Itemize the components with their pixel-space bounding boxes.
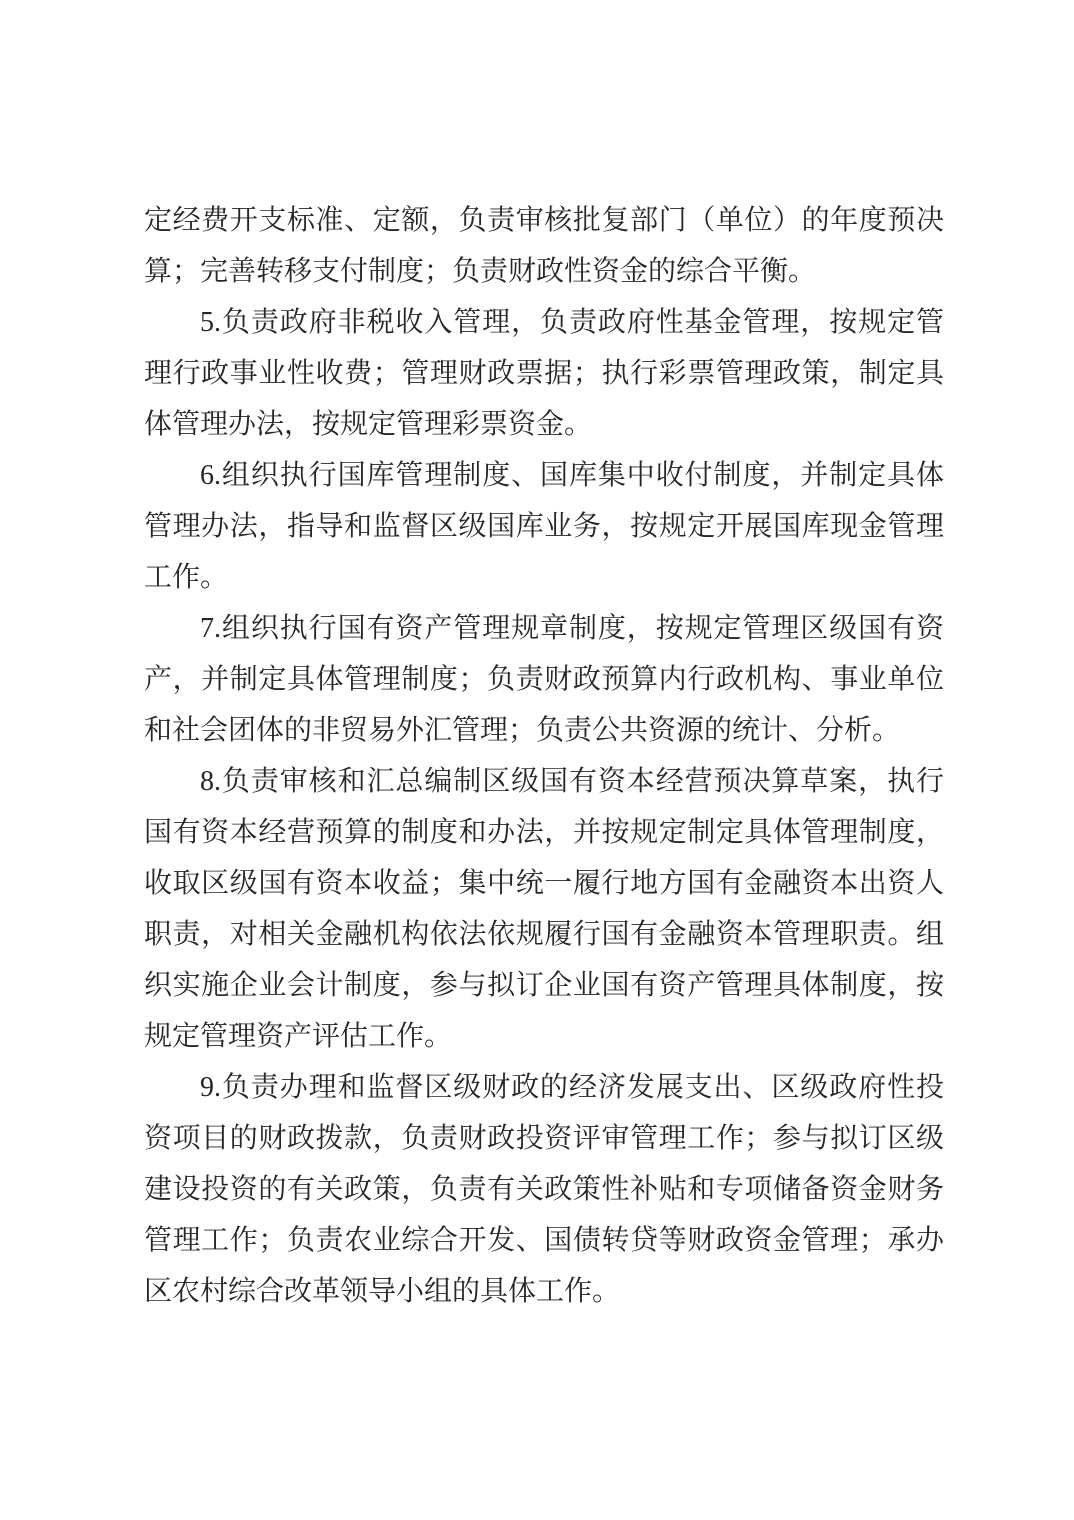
text-line: 7.组织执行国有资产管理规章制度，按规定管理区级国有资 bbox=[144, 603, 944, 654]
paragraph-item-6: 6.组织执行国库管理制度、国库集中收付制度，并制定具体管理办法，指导和监督区级国… bbox=[144, 450, 944, 603]
text-line: 算；完善转移支付制度；负责财政性资金的综合平衡。 bbox=[144, 246, 944, 297]
text-line: 国有资本经营预算的制度和办法，并按规定制定具体管理制度， bbox=[144, 807, 944, 858]
text-line: 管理办法，指导和监督区级国库业务，按规定开展国库现金管理 bbox=[144, 501, 944, 552]
document-page: { "page": { "background_color": "#ffffff… bbox=[0, 0, 1074, 1520]
text-line: 工作。 bbox=[144, 552, 944, 603]
paragraph-item-9: 9.负责办理和监督区级财政的经济发展支出、区级政府性投资项目的财政拨款，负责财政… bbox=[144, 1062, 944, 1317]
text-line: 和社会团体的非贸易外汇管理；负责公共资源的统计、分析。 bbox=[144, 705, 944, 756]
text-line: 规定管理资产评估工作。 bbox=[144, 1011, 944, 1062]
paragraph-continuation: 定经费开支标准、定额，负责审核批复部门（单位）的年度预决算；完善转移支付制度；负… bbox=[144, 195, 944, 297]
text-line: 8.负责审核和汇总编制区级国有资本经营预决算草案，执行 bbox=[144, 756, 944, 807]
text-line: 职责，对相关金融机构依法依规履行国有金融资本管理职责。组 bbox=[144, 909, 944, 960]
text-line: 产，并制定具体管理制度；负责财政预算内行政机构、事业单位 bbox=[144, 654, 944, 705]
paragraph-item-5: 5.负责政府非税收入管理，负责政府性基金管理，按规定管理行政事业性收费；管理财政… bbox=[144, 297, 944, 450]
paragraph-item-8: 8.负责审核和汇总编制区级国有资本经营预决算草案，执行国有资本经营预算的制度和办… bbox=[144, 756, 944, 1062]
text-line: 理行政事业性收费；管理财政票据；执行彩票管理政策，制定具 bbox=[144, 348, 944, 399]
text-line: 9.负责办理和监督区级财政的经济发展支出、区级政府性投 bbox=[144, 1062, 944, 1113]
paragraph-item-7: 7.组织执行国有资产管理规章制度，按规定管理区级国有资产，并制定具体管理制度；负… bbox=[144, 603, 944, 756]
text-line: 收取区级国有资本收益；集中统一履行地方国有金融资本出资人 bbox=[144, 858, 944, 909]
text-line: 建设投资的有关政策，负责有关政策性补贴和专项储备资金财务 bbox=[144, 1164, 944, 1215]
text-line: 6.组织执行国库管理制度、国库集中收付制度，并制定具体 bbox=[144, 450, 944, 501]
text-line: 定经费开支标准、定额，负责审核批复部门（单位）的年度预决 bbox=[144, 195, 944, 246]
text-line: 5.负责政府非税收入管理，负责政府性基金管理，按规定管 bbox=[144, 297, 944, 348]
text-line: 体管理办法，按规定管理彩票资金。 bbox=[144, 399, 944, 450]
text-line: 织实施企业会计制度，参与拟订企业国有资产管理具体制度，按 bbox=[144, 960, 944, 1011]
text-line: 管理工作；负责农业综合开发、国债转贷等财政资金管理；承办 bbox=[144, 1215, 944, 1266]
text-line: 资项目的财政拨款，负责财政投资评审管理工作；参与拟订区级 bbox=[144, 1113, 944, 1164]
text-line: 区农村综合改革领导小组的具体工作。 bbox=[144, 1266, 944, 1317]
document-text: 定经费开支标准、定额，负责审核批复部门（单位）的年度预决算；完善转移支付制度；负… bbox=[144, 195, 944, 1317]
